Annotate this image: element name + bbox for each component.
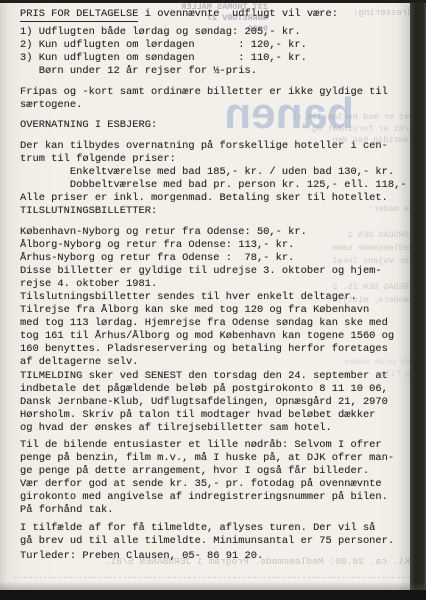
scan-edge-right (410, 0, 426, 600)
doc-title-underlined: PRIS FOR DELTAGELSE (20, 8, 138, 22)
bleedthrough-dashed-line (14, 577, 410, 578)
turleder-line: Turleder: Preben Clausen, 05- 86 91 20. (20, 550, 263, 563)
doc-title-rest: i ovennævnte udflugt vil være: (138, 8, 338, 20)
bilende-paragraph: Til de bilende entusiaster et lille nødr… (20, 439, 394, 518)
overnatning-body: Der kan tilbydes overnatning på forskell… (20, 140, 407, 205)
scan-edge-bottom (0, 590, 426, 600)
scan-edge-top (0, 0, 426, 3)
tilslutning-body: København-Nyborg og retur fra Odense: 50… (20, 226, 382, 305)
doc-title: PRIS FOR DELTAGELSE i ovennævnte udflugt… (20, 8, 338, 21)
paper-bottom-shadow (0, 582, 426, 590)
tilmelding-paragraph: TILMELDING sker ved SENEST den torsdag d… (20, 370, 388, 435)
tilslutning-heading: TILSLUTNINGSBILLETTER: (20, 205, 157, 218)
aflysning-paragraph: I tilfælde af for få tilmeldte, aflyses … (20, 522, 394, 548)
paper-right-shadow (397, 0, 410, 600)
price-list: 1) Udflugten både lørdag og søndag: 205,… (20, 26, 307, 78)
fripas-note: Fripas og -kort samt ordinære billetter … (20, 86, 388, 112)
overnatning-heading: OVERNATNING I ESBJERG: (20, 119, 157, 132)
tilrejse-paragraph: Tilrejse fra Ålborg kan ske med tog 120 … (20, 304, 394, 369)
scanned-document-page: 237 THOMAS MALLER NØRRETORV 27 9000 Adre… (0, 0, 426, 600)
